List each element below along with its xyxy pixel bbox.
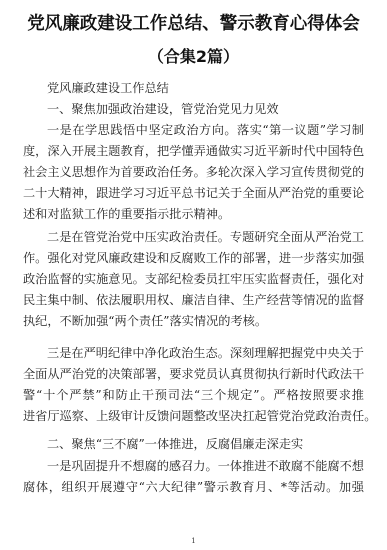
paragraph-line: 二十大精神，跟进学习习近平总书记关于全面从严治党的重要论	[23, 185, 364, 201]
paragraph-line: 度，深入开展主题教育，把学懂弄通做实习近平新时代中国特色	[23, 143, 364, 159]
paragraph-line: 腐体，组织开展遵守“六大纪律”警示教育月、*等活动。加强	[23, 479, 364, 495]
paragraph-line: 执纪，不断加强“两个责任”落实情况的考核。	[23, 313, 364, 329]
document-title: 党风廉政建设工作总结、警示教育心得体会	[0, 10, 387, 35]
paragraph-line: 民主集中制、依法履职用权、廉洁自律、生产经营等情况的监督	[23, 292, 364, 308]
paragraph-line: 政治监督的实施意见。支部纪检委员扛牢压实监督责任，强化对	[23, 271, 364, 287]
document-subtitle: （合集2篇）	[0, 44, 387, 67]
paragraph-line: 二是在管党治党中压实政治责任。专题研究全面从严治党工	[47, 229, 364, 245]
paragraph-line: 三是在严明纪律中净化政治生态。深刻理解把握党中央关于	[47, 345, 364, 361]
paragraph-line: 进省厅巡察、上级审计反馈问题整改坚决扛起管党治党政治责任。	[23, 408, 364, 424]
paragraph-line: 一是在学思践悟中坚定政治方向。落实“第一议题”学习制	[47, 122, 364, 138]
paragraph-line: 社会主义思想作为首要政治任务。多轮次深入学习宣传贯彻党的	[23, 164, 364, 180]
paragraph-line: 全面从严治党的决策部署，要求党员认真贯彻执行新时代政法干	[23, 366, 364, 382]
paragraph-line: 警“十个严禁”和防止干预司法“三个规定”。严格按照要求推	[23, 387, 364, 403]
page-number: 1	[0, 537, 387, 545]
paragraph-line: 述和对监狱工作的重要指示批示精神。	[23, 206, 364, 222]
document-page: 党风廉政建设工作总结、警示教育心得体会 （合集2篇） 党风廉政建设工作总结 一、…	[0, 0, 387, 550]
section-title: 党风廉政建设工作总结	[47, 80, 169, 96]
heading-2: 二、聚焦“三不腐”一体推进，反腐倡廉走深走实	[47, 436, 303, 452]
paragraph-line: 一是巩固提升不想腐的感召力。一体推进不敢腐不能腐不想	[47, 458, 364, 474]
paragraph-line: 作。强化对党风廉政建设和反腐败工作的部署，进一步落实加强	[23, 250, 364, 266]
heading-1: 一、聚焦加强政治建设，管党治党见力见效	[47, 101, 279, 117]
